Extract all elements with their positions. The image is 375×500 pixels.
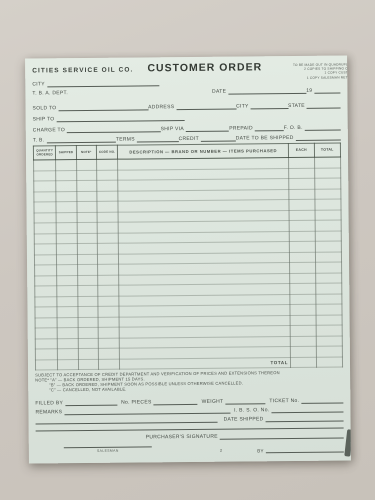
table-cell <box>289 168 315 179</box>
year-prefix: 19 <box>306 88 314 94</box>
table-cell <box>34 170 57 181</box>
table-cell <box>77 275 97 286</box>
table-cell <box>58 359 78 370</box>
table-cell <box>315 252 342 263</box>
table-cell <box>97 243 119 254</box>
ship-to-blank-line <box>56 115 184 122</box>
table-cell <box>98 317 120 328</box>
table-cell <box>34 223 57 234</box>
address-label: ADDRESS <box>148 104 176 110</box>
table-cell <box>77 201 97 212</box>
company-name: CITIES SERVICE OIL CO. <box>32 67 133 75</box>
table-cell <box>290 283 316 294</box>
table-cell <box>289 189 315 200</box>
ship-to-label: SHIP TO <box>33 116 57 122</box>
table-cell <box>98 285 120 296</box>
table-cell <box>97 264 119 275</box>
table-cell <box>35 349 58 360</box>
note-code-lines: NOTE* "A" — BACK ORDERED, SHIPMENT 15 DA… <box>35 375 343 393</box>
salesman-label: SALESMAN <box>97 448 119 452</box>
customer-order-form-paper: CITIES SERVICE OIL CO. CUSTOMER ORDER TO… <box>25 55 351 463</box>
table-cell <box>290 262 316 273</box>
table-cell <box>289 210 315 221</box>
date-to-be-shipped-label: DATE TO BE SHIPPED <box>236 135 296 142</box>
prepaid-blank-line <box>255 125 284 131</box>
table-cell <box>314 189 341 200</box>
table-cell <box>97 170 119 181</box>
table-cell <box>58 338 78 349</box>
table-cell <box>35 328 58 339</box>
by-blank-line <box>266 446 344 453</box>
table-cell <box>34 191 57 202</box>
table-cell <box>98 327 120 338</box>
table-cell <box>290 273 316 284</box>
weight-blank-line <box>225 398 265 404</box>
table-cell <box>315 241 342 252</box>
column-header: SHIPPED <box>56 146 76 160</box>
table-cell <box>97 191 119 202</box>
table-cell <box>57 254 77 265</box>
column-header: TOTAL <box>314 143 341 157</box>
column-header: CODE NO. <box>96 145 118 159</box>
ship-via-blank-line <box>186 126 229 132</box>
table-cell <box>78 338 98 349</box>
filled-by-label: FILLED BY <box>35 400 65 406</box>
table-cell <box>290 315 316 326</box>
date-label: DATE <box>212 89 228 95</box>
table-cell <box>97 233 119 244</box>
table-cell <box>78 296 98 307</box>
by-group: BY <box>257 444 344 453</box>
table-cell <box>315 231 342 242</box>
table-cell <box>290 252 316 263</box>
table-cell <box>35 296 58 307</box>
credit-blank-line <box>201 136 236 142</box>
table-cell <box>316 336 343 347</box>
table-cell <box>97 254 119 265</box>
table-cell <box>290 336 316 347</box>
table-cell <box>96 159 118 170</box>
table-cell <box>57 223 77 234</box>
table-cell <box>78 306 98 317</box>
table-cell <box>35 359 58 370</box>
table-cell <box>77 285 97 296</box>
table-cell <box>35 286 58 297</box>
salesman-blank-line <box>64 442 152 448</box>
table-cell <box>316 346 343 357</box>
table-cell <box>78 348 98 359</box>
table-cell <box>289 231 315 242</box>
ship-via-label: SHIP VIA <box>161 126 186 132</box>
table-cell <box>289 199 315 210</box>
dept-label: T. B. A. DEPT. <box>32 90 70 96</box>
table-cell <box>56 170 76 181</box>
table-cell <box>57 275 77 286</box>
terms-label: TERMS <box>116 136 137 142</box>
table-cell <box>34 212 57 223</box>
table-cell <box>77 212 97 223</box>
table-cell <box>57 317 77 328</box>
table-cell <box>35 307 58 318</box>
form-title: CUSTOMER ORDER <box>133 61 262 74</box>
table-cell <box>315 262 342 273</box>
table-cell <box>56 212 76 223</box>
table-cell <box>98 275 120 286</box>
city2-blank-line <box>251 103 288 109</box>
table-cell <box>77 222 97 233</box>
salesman-by-row: SALESMAN 2 BY <box>36 440 344 457</box>
table-cell <box>315 283 342 294</box>
table-cell <box>314 157 341 168</box>
fob-blank-line <box>305 125 341 131</box>
table-cell <box>98 338 120 349</box>
column-header: EACH <box>289 143 315 157</box>
credit-label: CREDIT <box>179 136 201 142</box>
table-cell <box>98 348 120 359</box>
fob-label: F. O. B. <box>284 125 305 131</box>
no-pieces-label: No. PIECES <box>121 399 154 405</box>
salesman-stack: SALESMAN <box>64 442 152 453</box>
purchasers-signature-label: PURCHASER'S SIGNATURE <box>146 433 220 440</box>
filled-by-blank-line <box>65 399 117 405</box>
state-label: STATE <box>288 103 307 109</box>
ibso-no-label: I. B. S. O. No. <box>234 407 271 413</box>
date-to-be-shipped-blank-line <box>296 135 341 141</box>
table-cell <box>315 210 342 221</box>
table-cell <box>289 241 315 252</box>
table-cell <box>316 325 343 336</box>
table-cell <box>57 233 77 244</box>
table-cell <box>34 181 57 192</box>
date-blank-line <box>228 88 306 95</box>
table-cell <box>56 181 76 192</box>
order-items-table: QUANTITY ORDEREDSHIPPEDNOTE*CODE NO.DESC… <box>33 143 343 371</box>
total-label: TOTAL <box>120 357 291 369</box>
table-cell <box>34 160 57 171</box>
ticket-no-blank-line <box>301 397 343 403</box>
city-blank-line <box>47 80 159 87</box>
table-cell <box>97 222 119 233</box>
table-cell <box>315 294 342 305</box>
column-header: QUANTITY ORDERED <box>33 146 56 160</box>
table-cell <box>35 317 58 328</box>
table-cell <box>314 168 341 179</box>
table-cell <box>56 160 76 171</box>
table-cell <box>35 275 58 286</box>
table-cell <box>34 244 57 255</box>
table-cell <box>98 296 120 307</box>
table-cell <box>34 233 57 244</box>
terms-blank-line <box>137 136 179 142</box>
table-cell <box>289 157 315 168</box>
city2-label: CITY <box>236 103 251 109</box>
table-cell <box>316 304 343 315</box>
table-cell <box>76 159 96 170</box>
weight-label: WEIGHT <box>202 398 226 404</box>
photo-backdrop: CITIES SERVICE OIL CO. CUSTOMER ORDER TO… <box>0 0 375 500</box>
table-cell <box>78 359 98 370</box>
table-cell <box>57 244 77 255</box>
table-cell <box>290 304 316 315</box>
table-cell <box>76 170 96 181</box>
table-cell <box>58 349 78 360</box>
tb-label: T. B. <box>33 137 47 143</box>
by-label: BY <box>257 448 266 453</box>
table-cell <box>97 201 119 212</box>
table-cell <box>316 357 343 368</box>
table-cell <box>98 359 120 370</box>
remarks-label: REMARKS <box>35 409 64 415</box>
table-cell <box>34 202 57 213</box>
form-header: CITIES SERVICE OIL CO. CUSTOMER ORDER TO… <box>32 61 340 80</box>
state-blank-line <box>307 103 341 109</box>
table-cell <box>78 317 98 328</box>
table-cell <box>57 265 77 276</box>
date-shipped-blank-line <box>266 415 344 422</box>
table-cell <box>35 265 58 276</box>
page-mark: 2 <box>220 447 223 452</box>
conditions-fineprint: SUBJECT TO ACCEPTANCE OF CREDIT DEPARTME… <box>35 371 343 394</box>
no-pieces-blank-line <box>154 399 198 405</box>
total-row: TOTAL <box>35 357 342 370</box>
ticket-no-label: TICKET No. <box>269 398 301 404</box>
table-cell <box>315 220 342 231</box>
table-cell <box>290 294 316 305</box>
purchasers-signature-blank-line <box>220 432 344 439</box>
table-cell <box>78 327 98 338</box>
table-cell <box>34 254 57 265</box>
table-cell <box>57 296 77 307</box>
address-blank-line <box>176 104 236 111</box>
table-cell <box>77 264 97 275</box>
tb-blank-line <box>46 137 116 144</box>
table-cell <box>98 306 120 317</box>
table-cell <box>97 212 119 223</box>
table-body: TOTAL <box>34 157 343 370</box>
table-cell <box>290 346 316 357</box>
sold-to-label: SOLD TO <box>33 105 59 111</box>
table-cell <box>57 307 77 318</box>
table-cell <box>77 233 97 244</box>
table-cell <box>290 325 316 336</box>
table-cell <box>315 273 342 284</box>
year-blank-line <box>314 88 340 94</box>
table-cell <box>314 178 341 189</box>
table-cell <box>58 328 78 339</box>
table-cell <box>77 243 97 254</box>
charge-to-label: CHARGE TO <box>33 127 67 133</box>
paper-corner-curl <box>344 429 351 457</box>
table-cell <box>76 191 96 202</box>
table-cell <box>57 286 77 297</box>
table-cell <box>56 191 76 202</box>
table-cell <box>76 180 96 191</box>
table-cell <box>316 315 343 326</box>
date-shipped-label: DATE SHIPPED <box>224 416 266 422</box>
distribution-note-line: 1 COPY SALESMAN RETAINED <box>262 75 351 80</box>
table-cell <box>291 357 317 368</box>
distribution-notes: TO BE MADE OUT IN QUADRUPLICATE2 COPIES … <box>262 62 351 80</box>
table-cell <box>97 180 119 191</box>
prepaid-label: PREPAID <box>229 125 255 131</box>
table-cell <box>56 202 76 213</box>
city-label: CITY <box>32 81 47 87</box>
table-cell <box>315 199 342 210</box>
table-cell <box>289 220 315 231</box>
table-cell <box>77 254 97 265</box>
sold-to-blank-line <box>58 104 148 111</box>
table-cell <box>289 178 315 189</box>
charge-to-blank-line <box>67 126 161 133</box>
column-header: NOTE* <box>76 145 96 159</box>
ibso-no-blank-line <box>271 406 343 413</box>
table-cell <box>35 338 58 349</box>
